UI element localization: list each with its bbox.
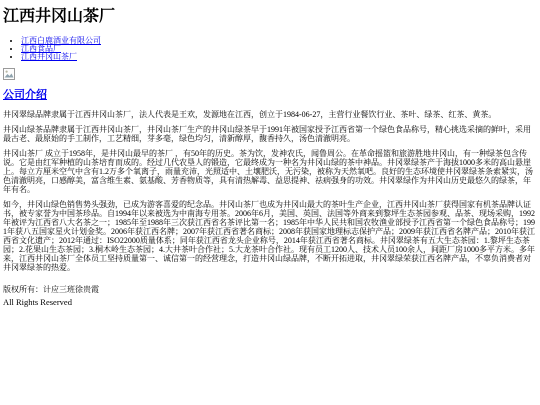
company-intro-heading: 公司介绍 bbox=[3, 86, 537, 102]
copyright-text: 版权所有：计应三班徐贵霞 bbox=[3, 285, 537, 294]
intro-paragraph-green-tea: 井冈山绿茶品牌隶属于江西井冈山茶厂，井冈山茶厂生产的井冈山绿茶早于1991年被国… bbox=[3, 125, 537, 143]
nav-link-tea-factory[interactable]: 江西井冈山茶厂 bbox=[21, 52, 77, 61]
list-item: 江西井冈山茶厂 bbox=[21, 53, 537, 61]
intro-paragraph-awards: 如今，井冈山绿色销售势头强劲，已成为游客喜爱的纪念品。井冈山茶厂也成为井冈山最大… bbox=[3, 200, 537, 272]
list-item: 江西食品厂 bbox=[21, 45, 537, 53]
list-item: 江西白鹿酒业有限公司 bbox=[21, 37, 537, 45]
rights-reserved-text: All Rights Reserved bbox=[3, 298, 537, 307]
nav-link-list: 江西白鹿酒业有限公司 江西食品厂 江西井冈山茶厂 bbox=[3, 37, 537, 61]
intro-paragraph-history: 井冈山茶厂 成立于1958年，是井冈山最早的茶厂 ，有50年的历史。茶为饮，发神… bbox=[3, 149, 537, 194]
intro-paragraph-brand: 井冈翠绿品牌隶属于江西井冈山茶厂，法人代表是王欢，发源地在江西，创立于1984-… bbox=[3, 110, 537, 119]
broken-image-icon bbox=[3, 68, 15, 80]
page-title: 江西井冈山茶厂 bbox=[3, 3, 537, 26]
company-intro-link[interactable]: 公司介绍 bbox=[3, 89, 47, 101]
